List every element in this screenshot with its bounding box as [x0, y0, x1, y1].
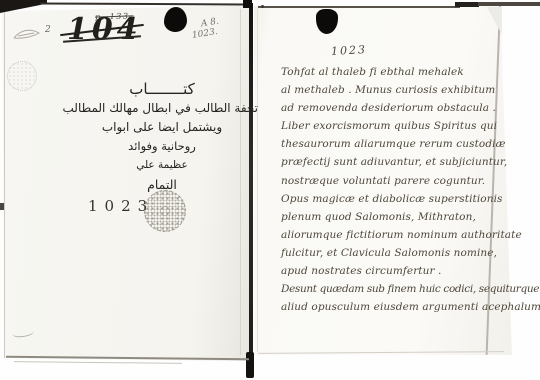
manuscript-scan: p. 133. 2 104 A 8. 1023. كتــــــــاب تح…	[0, 0, 540, 380]
gutter-top-mark	[243, 0, 252, 8]
manuscript-number-left: 1023	[88, 197, 154, 215]
arabic-title-line: عظيمة علي	[66, 156, 258, 175]
gutter-dot	[261, 5, 264, 8]
latin-note-line: aliud opusculum eiusdem argumenti acepha…	[281, 298, 511, 316]
arabic-title-line: ويشتمل ايضا على ابواب	[66, 118, 258, 137]
arabic-title-line: التمام	[66, 175, 258, 194]
top-edge-line-right	[258, 6, 460, 8]
top-edge-mark	[455, 2, 479, 7]
arabic-title-line: روحانية وفوائد	[66, 137, 258, 156]
left-margin-tick	[0, 203, 4, 210]
latin-note-line: aliorumque fictitiorum nominum authorita…	[281, 226, 511, 244]
pencil-scribble	[12, 26, 44, 42]
latin-note-line: thesaurorum aliarumque rerum custodiæ	[281, 135, 511, 153]
latin-note-line: Liber exorcismorum quibus Spiritus qui	[281, 117, 511, 135]
latin-note-line: præfectij sunt adiuvantur, et subjiciunt…	[281, 153, 511, 171]
gutter-bottom-mark	[246, 352, 254, 378]
latin-note-line: al methaleb . Munus curiosis exhibitum	[281, 81, 511, 99]
round-library-stamp	[7, 61, 37, 91]
ink-blot	[164, 7, 187, 32]
bottom-edge-shadow	[14, 361, 182, 364]
top-edge-line-far-right	[478, 2, 540, 6]
latin-note-block: Tohfat al thaleb fi ebthal mehalek al me…	[281, 63, 511, 316]
latin-note-line: Desunt quædam sub finem huic codici, seq…	[281, 280, 511, 298]
manuscript-number-right: 1023	[331, 43, 368, 58]
latin-note-line: ad removenda desideriorum obstacula .	[281, 99, 511, 117]
latin-note-line: nostræque voluntati parere coguntur.	[281, 172, 511, 190]
top-edge-line-left	[40, 2, 246, 5]
ornamental-stamp-center	[160, 206, 170, 216]
left-page-edge	[4, 12, 5, 358]
latin-note-line: Tohfat al thaleb fi ebthal mehalek	[281, 63, 511, 81]
arabic-title-line: تحفة الطالب في ابطال مهالك المطالب	[66, 99, 258, 118]
latin-note-line: apud nostrates circumfertur .	[281, 262, 511, 280]
latin-note-line: Opus magicæ et diabolicæ superstitionis	[281, 190, 511, 208]
latin-note-line: plenum quod Salomonis, Mithraton,	[281, 208, 511, 226]
arabic-title-block: كتــــــــاب تحفة الطالب في ابطال مهالك …	[66, 80, 258, 194]
arabic-title-line: كتــــــــاب	[66, 80, 258, 99]
latin-note-line: fulcitur, et Clavicula Salomonis nomine,	[281, 244, 511, 262]
margin-numeral: 2	[45, 25, 51, 35]
